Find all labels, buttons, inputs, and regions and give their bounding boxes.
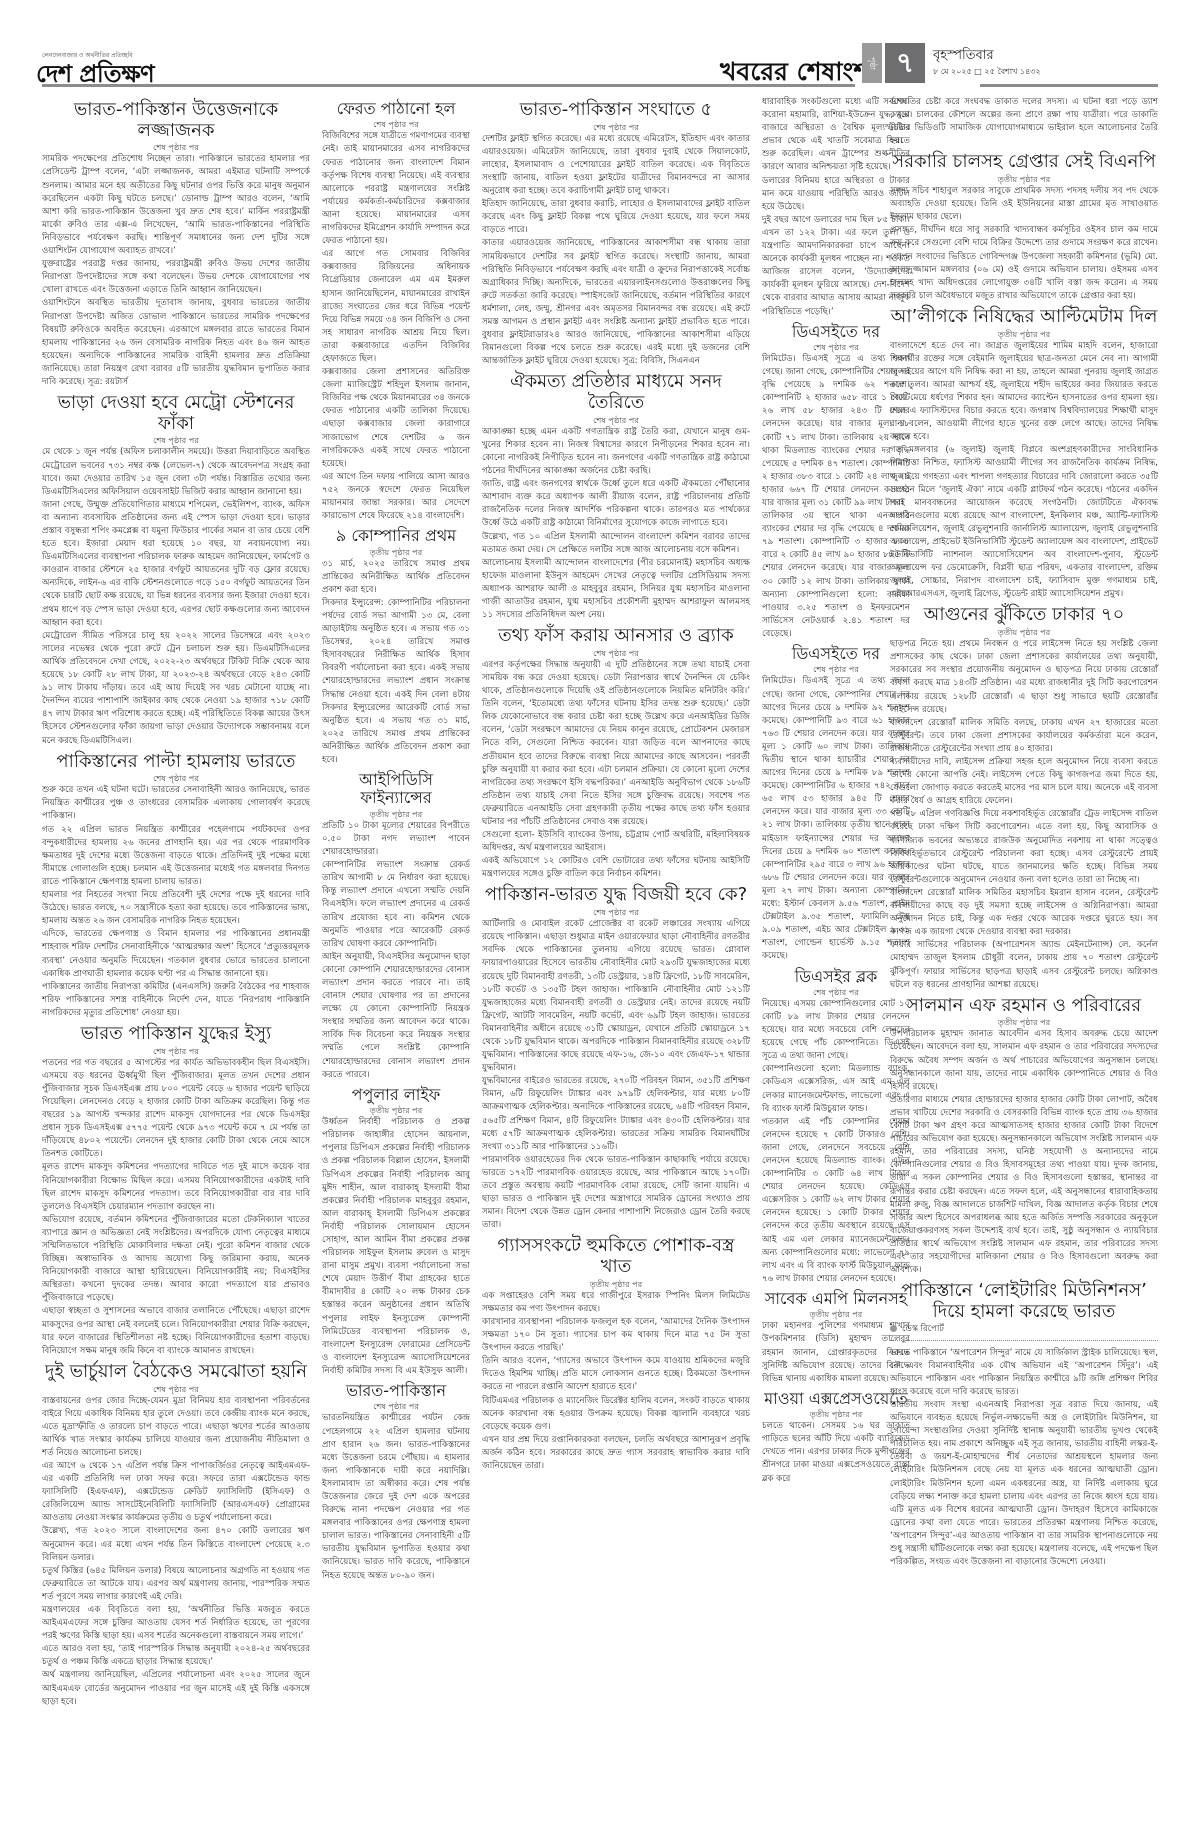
article-body: ডাকাতির চেষ্টা করে সংঘবদ্ধ ডাকাত দলের সদ… xyxy=(890,96,1158,148)
article: পাকিস্তানের পাল্টা হামলায় ভারতেশেষ পৃষ্… xyxy=(42,752,310,1020)
article: ভারত-পাকিস্তান উত্তেজনাকে লজ্জাজনকশেষ পৃ… xyxy=(42,100,310,389)
continuation-note: শেষ পৃষ্ঠার পর xyxy=(482,414,750,426)
article-headline[interactable]: ভারত-পাকিস্তান উত্তেজনাকে লজ্জাজনক xyxy=(42,100,310,141)
column-3: ভারত-পাকিস্তান সংঘাতে ৫শেষ পৃষ্ঠার পরদেশ… xyxy=(482,96,750,1477)
paragraph: তালিকার ৩য় স্থানে থাকা এনআরবি ব্যাংকের … xyxy=(762,510,910,641)
paragraph: অভিযোগ রয়েছে, বর্তমান কমিশনের পুঁজিবাজা… xyxy=(42,1214,310,1306)
article-body: মে থেকে ১ জুন পর্যন্ত (অফিস চলাকালীন সময… xyxy=(42,446,310,747)
article-body: ৩১ মার্চ, ২০২৫ তারিখে সমাপ্ত প্রথম প্রান… xyxy=(322,558,470,768)
column-1: ভারত-পাকিস্তান উত্তেজনাকে লজ্জাজনকশেষ পৃ… xyxy=(42,96,310,1713)
continuation-note: শেষ পৃষ্ঠার পর xyxy=(482,121,750,133)
article-body: ভারত পাকিস্তানে ‘অপারেশন সিন্দুর’ নামে য… xyxy=(890,1347,1158,1570)
paragraph: এদিকে, ভারতের ক্ষেপণাস্ত্র ও বিমান হামলা… xyxy=(42,928,310,980)
column-2: ফেরত পাঠানো হলশেষ পৃষ্ঠার পরবিজিবিশের সঙ… xyxy=(322,96,470,1587)
continuation-note: তৃতীয় পৃষ্ঠার পর xyxy=(322,1104,470,1116)
paragraph: ধারাবাহিক সংকটগুলো মধ্যে এটি সর্বশেষ। কর… xyxy=(762,96,910,175)
article-body: আকাঙ্ক্ষা হচ্ছে এমন একটি গণতান্ত্রিক রাষ… xyxy=(482,426,750,622)
continuation-note: শেষ পৃষ্ঠার পর xyxy=(42,434,310,446)
paragraph: উর্ধ্বতন নির্বাহী পরিচালক ও প্রকল্প পরিচ… xyxy=(322,1116,470,1378)
paragraph: কোম্পানিটির লভ্যাংশ সংক্রান্ত রেকর্ড তার… xyxy=(322,859,470,951)
paragraph: ইতিহাদ জানিয়েছে, তারা বুধবার করাচি, লাহ… xyxy=(482,198,750,237)
article-headline[interactable]: পাকিস্তানের পাল্টা হামলায় ভারতে xyxy=(42,752,310,773)
article: তথ্য ফাঁস করায় আনসার ও ব্র্যাকশেষ পৃষ্ঠ… xyxy=(482,626,750,881)
page-label: পৃষ্ঠা xyxy=(862,43,882,83)
article: ভাড়া দেওয়া হবে মেট্রো স্টেশনের ফাঁকাশে… xyxy=(42,393,310,748)
paragraph: চতুর্থ কিস্তির (৬৪৫ মিলিয়ন ডলার) বিষয়ে… xyxy=(42,1565,310,1604)
paragraph: পতনের পর গত বছরের ৫ আগস্টের পর কার্যত অভ… xyxy=(42,1057,310,1162)
paragraph: কারখানার ব্যবস্থাপনা পরিচালক ফজলুল হক বল… xyxy=(482,1316,750,1355)
continuation-note: তৃতীয় পৃষ্ঠার পর xyxy=(322,808,470,820)
continuation-note: তৃতীয় পৃষ্ঠার পর xyxy=(482,1278,750,1290)
paragraph: উল্লেখ্য, গত ২০২৩ সালে বাংলাদেশের জন্য ৪… xyxy=(42,1525,310,1564)
paragraph: ভারতনিয়ন্ত্রিত কাশ্মীরের পর্যটন কেন্দ্র… xyxy=(322,1412,470,1582)
paragraph: চলতে থাকেন। সেসময় ১৬ ঘর ডাকাত গাড়িতে ছ… xyxy=(762,1420,910,1485)
continuation-note: তৃতীয় পৃষ্ঠার পর xyxy=(762,1308,910,1320)
paragraph: কোম্পানিগুলো হলো: মিডল্যান্ড ব্যাংক, কেড… xyxy=(762,1063,910,1115)
continuation-note: তৃতীয় পৃষ্ঠার পর xyxy=(890,328,1158,340)
article: ডিএসইতে দরশেষ পৃষ্ঠার পরলিমিটেড। ডিএসই স… xyxy=(762,323,910,641)
paragraph: সদস্য সচিব শাহাবুল সরকার সাবুকে প্রাথমিক… xyxy=(890,185,1158,224)
article: আ’লীগকে নিষিদ্ধের আল্টিমেটাম দিলতৃতীয় প… xyxy=(890,307,1158,602)
paragraph: যুদ্ধবিমানের বাইরেও ভারতের রয়েছে, ২৭০টি… xyxy=(482,1075,750,1154)
paragraph: একই অভিযোগে ১২ কোটিরও বেশি ভোটারের তথ্য … xyxy=(482,855,750,881)
article-headline[interactable]: পপুলার লাইফ xyxy=(322,1086,470,1104)
article-body: উর্ধ্বতন নির্বাহী পরিচালক ও প্রকল্প পরিচ… xyxy=(322,1116,470,1378)
article: সাবেক এমপি মিলনসহতৃতীয় পৃষ্ঠার পরঢাকা ম… xyxy=(762,1290,910,1386)
page-number: ৭ xyxy=(885,43,925,83)
paragraph: বাংলাদেশ রেস্তোরাঁ মালিক সমিতি বলছে, ঢাক… xyxy=(890,717,1158,756)
paragraph: প্রসঙ্গত, দীর্ঘদিন ধরে সাবু সরকারি খাদ্য… xyxy=(890,224,1158,303)
article-body: উপপরিচালক মুহাম্মদ জানাত আবেদীন এসব হিসা… xyxy=(890,1028,1158,1277)
section-title: খবরের শেষাংশ xyxy=(720,52,868,95)
article-headline[interactable]: ভাড়া দেওয়া হবে মেট্রো স্টেশনের ফাঁকা xyxy=(42,393,310,434)
article-body: সামরিক পদক্ষেপের প্রতিশোধ নিচ্ছেন তারা। … xyxy=(42,153,310,389)
article-headline[interactable]: ভারত-পাকিস্তান সংঘাতে ৫ xyxy=(482,100,750,121)
paragraph: উপপরিচালক মুহাম্মদ জানাত আবেদীন এসব হিসা… xyxy=(890,1028,1158,1093)
article-headline[interactable]: ডিএসইর ব্লক xyxy=(762,968,910,986)
paragraph: এরপর কর্তৃপক্ষের সিদ্ধান্ত অনুযায়ী এ দু… xyxy=(482,659,750,829)
article-headline[interactable]: ঐকমত্য প্রতিষ্ঠার মাধ্যমে সনদ তৈরিতে xyxy=(482,372,750,413)
paragraph: বাংলাদেশে হতে দেব না। জাগ্রত জুলাইয়ের শ… xyxy=(890,340,1158,445)
article-headline[interactable]: তথ্য ফাঁস করায় আনসার ও ব্র্যাক xyxy=(482,626,750,647)
continuation-note: শেষ পৃষ্ঠার পর xyxy=(322,1400,470,1412)
bullet-icon xyxy=(890,1325,897,1332)
article: ধারাবাহিক সংকটগুলো মধ্যে এটি সর্বশেষ। কর… xyxy=(762,96,910,319)
paragraph: এছাড়া স্বচ্ছতা ও সুশাসনের অভাবে বাজার ত… xyxy=(42,1305,310,1357)
paragraph: জাতি, রাষ্ট্র এবং জনগণের স্বার্থকে উর্ধ্… xyxy=(482,478,750,530)
article: ফেরত পাঠানো হলশেষ পৃষ্ঠার পরবিজিবিশের সঙ… xyxy=(322,100,470,523)
paragraph: ডাকাতির চেষ্টা করে সংঘবদ্ধ ডাকাত দলের সদ… xyxy=(890,96,1158,148)
article: সালমান এফ রহমান ও পরিবারেরতৃতীয় পৃষ্ঠার… xyxy=(890,996,1158,1277)
paragraph: লিমিটেড। ডিএসই সূত্রে এ তথ্য জানা গেছে। … xyxy=(762,353,910,510)
article: ডিএসইর ব্লকশেষ পৃষ্ঠার পরনিয়েছে। এসময় … xyxy=(762,968,910,1286)
paragraph: গত মঙ্গলবার (৬ জুলাই) জুলাই বিপ্লবে অংশগ… xyxy=(890,444,1158,601)
article-body: চলতে থাকেন। সেসময় ১৬ ঘর ডাকাত গাড়িতে ছ… xyxy=(762,1420,910,1485)
continuation-note: শেষ পৃষ্ঠার পর xyxy=(482,906,750,918)
paragraph: গত ২৮ এপ্রিল গণবিজ্ঞপ্তি দিয়ে নকশাবহির্… xyxy=(890,808,1158,887)
article: ডাকাতির চেষ্টা করে সংঘবদ্ধ ডাকাত দলের সদ… xyxy=(890,96,1158,148)
paragraph: গত ২২ এপ্রিল ভারত নিয়ন্ত্রিত কাশ্মীরের … xyxy=(42,824,310,889)
article-headline[interactable]: সাবেক এমপি মিলনসহ xyxy=(762,1290,910,1308)
article-headline[interactable]: ভারত পাকিস্তান যুদ্ধের ইস্যু xyxy=(42,1024,310,1045)
issue-date: ৮ মে ২০২৫ □ ২৫ বৈশাখ ১৪৩২ xyxy=(933,66,1041,79)
paragraph: বাংলাদেশ রেস্তোরাঁ মালিক সমিতির মহাসচিব … xyxy=(890,887,1158,939)
paragraph: ফায়ার সার্ভিসের পরিচালক (অপারেশনস অ্যান… xyxy=(890,939,1158,991)
header-rule-left xyxy=(42,84,855,87)
article: পাকিস্তানে ‘লোইটারিং মিউনিশনস’ দিয়ে হাম… xyxy=(890,1281,1158,1569)
paragraph: নিয়েছে। এসময় কোম্পানিগুলোর মোট ১০ কোটি… xyxy=(762,998,910,1063)
paragraph: এর আগে গত সোমবার বিজিবির কক্সবাজার রিজিয… xyxy=(322,248,470,366)
paragraph: ব্যবসায়ীদের দাবি, লাইসেন্স প্রক্রিয়া স… xyxy=(890,756,1158,808)
article-body: বিজিবিশের সঙ্গে যাত্রীতে গমণাগমের ব্যবস্… xyxy=(322,130,470,523)
article-body: এক সপ্তাহেরও বেশি সময় ধরে গাজীপুরে ইসরা… xyxy=(482,1290,750,1473)
article-body: ধারাবাহিক সংকটগুলো মধ্যে এটি সর্বশেষ। কর… xyxy=(762,96,910,319)
article-headline[interactable]: দুই ভার্চুয়াল বৈঠকেও সমঝোতা হয়নি xyxy=(42,1362,310,1383)
weekday: বৃহস্পতিবার xyxy=(933,46,994,67)
paragraph: ৩১ মার্চ, ২০২৫ তারিখে সমাপ্ত প্রথম প্রান… xyxy=(322,558,470,597)
article: আগুনের ঝুঁকিতে ঢাকার ৭০তৃতীয় পৃষ্ঠার পর… xyxy=(890,605,1158,991)
continuation-note: তৃতীয় পৃষ্ঠার পর xyxy=(322,546,470,558)
article: পপুলার লাইফতৃতীয় পৃষ্ঠার পরউর্ধ্বতন নির… xyxy=(322,1086,470,1378)
paragraph: মন্ত্রণালয়ের এক বিবৃতিতে বলা হয়, ‘অর্থ… xyxy=(42,1604,310,1643)
header-rule-right xyxy=(980,84,1158,87)
article-body: বাস্তবায়নের ওপর জোর দিচ্ছে-যেমন মুদ্রা … xyxy=(42,1395,310,1709)
article-headline[interactable]: ফেরত পাঠানো হল xyxy=(322,100,470,118)
paragraph: ভারতীয় সংবাদ সংস্থা এএনআই নিরাপত্তা সূত… xyxy=(890,1399,1158,1569)
article-headline[interactable]: ডিএসইতে দর xyxy=(762,645,910,663)
article-body: ছাড়পত্র নিতে হয়। প্রথমে নিবন্ধন ও পরে … xyxy=(890,638,1158,992)
article-body: দেশটির ফ্লাইট স্থগিত করেছে। এর মধ্যে রয়… xyxy=(482,133,750,369)
article-body: লিমিটেড। ডিএসই সূত্রে এ তথ্য জানা গেছে। … xyxy=(762,353,910,641)
paragraph: পারমাণবিক ওয়ারহেডের দিক থেকে ভারত-পাকিস… xyxy=(482,1154,750,1233)
article: সরকারি চালসহ গ্রেপ্তার সেই বিএনপিতৃতীয় … xyxy=(890,152,1158,303)
article: গ্যাসসংকটে হুমকিতে পোশাক-বস্ত্র খাততৃতীয… xyxy=(482,1236,750,1473)
paragraph: সামরিক পদক্ষেপের প্রতিশোধ নিচ্ছেন তারা। … xyxy=(42,153,310,258)
paragraph: আকাঙ্ক্ষা হচ্ছে এমন একটি গণতান্ত্রিক রাষ… xyxy=(482,426,750,478)
paragraph: উল্লেখ্য, গত ১০ এপ্রিল ইসলামী আন্দোলন বা… xyxy=(482,531,750,557)
paragraph: যুক্তরাষ্ট্রের পররাষ্ট্র দপ্তর জানায়, প… xyxy=(42,258,310,297)
paragraph: লিমিটেড। ডিএসই সূত্রে এ তথ্য জানা গেছে। … xyxy=(762,675,910,963)
article-headline[interactable]: আগুনের ঝুঁকিতে ঢাকার ৭০ xyxy=(890,605,1158,626)
paragraph: জানা গেছে, উন্মুক্ত প্রতিযোগিতার মাধ্যমে… xyxy=(42,499,310,630)
article-body: নিয়েছে। এসময় কোম্পানিগুলোর মোট ১০ কোটি… xyxy=(762,998,910,1286)
paragraph: বাস্তবায়নের ওপর জোর দিচ্ছে-যেমন মুদ্রা … xyxy=(42,1395,310,1460)
article-headline[interactable]: আইপিডিসি ফাইন্যান্সের xyxy=(322,771,470,808)
continuation-note: শেষ পৃষ্ঠার পর xyxy=(42,1383,310,1395)
byline: ডেস্ক রিপোর্ট xyxy=(890,1323,1158,1341)
continuation-note: শেষ পৃষ্ঠার পর xyxy=(42,141,310,153)
article-headline[interactable]: ৯ কোম্পানির প্রথম xyxy=(322,527,470,545)
article-headline[interactable]: ডিএসইতে দর xyxy=(762,323,910,341)
paragraph: সিকদার ইন্স্যুরেন্স: কোম্পানিটির পরিচালন… xyxy=(322,597,470,767)
article: পাকিস্তান-ভারত যুদ্ধ বিজয়ী হবে কে?শেষ প… xyxy=(482,885,750,1232)
paragraph: এক সপ্তাহেরও বেশি সময় ধরে গাজীপুরে ইসরা… xyxy=(482,1290,750,1316)
column-5: ডাকাতির চেষ্টা করে সংঘবদ্ধ ডাকাত দলের সদ… xyxy=(890,96,1158,1573)
continuation-note: শেষ পৃষ্ঠার পর xyxy=(762,663,910,675)
paragraph: আলোচনায় ইসলামী আন্দোলন বাংলাদেশের (পীর … xyxy=(482,557,750,622)
article-headline[interactable]: পাকিস্তান-ভারত যুদ্ধ বিজয়ী হবে কে? xyxy=(482,885,750,906)
paragraph: বিজিবিশের সঙ্গে যাত্রীতে গমণাগমের ব্যবস্… xyxy=(322,130,470,248)
paragraph: ঢাকা মহানগর পুলিশের গণমাধ্যম শাখার উপকমি… xyxy=(762,1320,910,1385)
paragraph: এখন যার প্রশ্ন দিয়ে রপ্তানিকারকরা বলছেন… xyxy=(482,1434,750,1473)
article-body: এরপর কর্তৃপক্ষের সিদ্ধান্ত অনুযায়ী এ দু… xyxy=(482,659,750,882)
paragraph: পাকিস্তানের জাতীয় নিরাপত্তা কমিটির (এনএ… xyxy=(42,981,310,1020)
article-body: শুরু করে তখন এই ঘটনা ঘটে। ভারতের সেনাবাহ… xyxy=(42,784,310,1020)
article: মাওয়া এক্সপ্রেসওয়েতেতৃতীয় পৃষ্ঠার পরচ… xyxy=(762,1390,910,1486)
continuation-note: শেষ পৃষ্ঠার পর xyxy=(42,1045,310,1057)
article-body: বাংলাদেশে হতে দেব না। জাগ্রত জুলাইয়ের শ… xyxy=(890,340,1158,602)
paragraph: প্রতিটি ১০ টাকা মূল্যের শেয়ারের বিপরীতে… xyxy=(322,820,470,859)
article: ঐকমত্য প্রতিষ্ঠার মাধ্যমে সনদ তৈরিতেশেষ … xyxy=(482,372,750,622)
article-body: পতনের পর গত বছরের ৫ আগস্টের পর কার্যত অভ… xyxy=(42,1057,310,1358)
paragraph: আর্টিলারি ও মোবাইল রকেট প্রোজেক্টর বা রক… xyxy=(482,918,750,1075)
paragraph: প্রতারণার মাধ্যমে শেয়ার হোল্ডারদের হাজা… xyxy=(890,1094,1158,1277)
article: ভারত পাকিস্তান যুদ্ধের ইস্যুশেষ পৃষ্ঠার … xyxy=(42,1024,310,1358)
paragraph: সেগুলো হলো- ইউসিবি ব্যাংকের উপায়, চট্টগ… xyxy=(482,829,750,855)
article-body: লিমিটেড। ডিএসই সূত্রে এ তথ্য জানা গেছে। … xyxy=(762,675,910,963)
column-4: ধারাবাহিক সংকটগুলো মধ্যে এটি সর্বশেষ। কর… xyxy=(762,96,910,1490)
paragraph: আইন অনুযায়ী, বিএসইসির অনুমোদন ছাড়া কোন… xyxy=(322,951,470,1082)
continuation-note: তৃতীয় পৃষ্ঠার পর xyxy=(762,1408,910,1420)
paragraph: গতকাল এই পাঁচ কোম্পানির শেয়ার লেনদেন হয… xyxy=(762,1116,910,1286)
newspaper-logo[interactable]: দেশ প্রতিক্ষণ xyxy=(36,56,154,96)
byline-text: ডেস্ক রিপোর্ট xyxy=(902,1324,944,1334)
paragraph: ভারত পাকিস্তানে ‘অপারেশন সিন্দুর’ নামে য… xyxy=(890,1347,1158,1399)
article-headline[interactable]: পাকিস্তানে ‘লোইটারিং মিউনিশনস’ দিয়ে হাম… xyxy=(890,1281,1158,1322)
article-body: প্রতিটি ১০ টাকা মূল্যের শেয়ারের বিপরীতে… xyxy=(322,820,470,1082)
paragraph: এতে আরও বলা হয়, ‘তাই পারস্পরিক সিদ্ধান্… xyxy=(42,1643,310,1669)
continuation-note: শেষ পৃষ্ঠার পর xyxy=(762,986,910,998)
continuation-note: শেষ পৃষ্ঠার পর xyxy=(482,647,750,659)
paragraph: দুই বছর আগে ডলারের দাম ছিল ৮৫ টাকা। এখন … xyxy=(762,214,910,319)
continuation-note: শেষ পৃষ্ঠার পর xyxy=(762,341,910,353)
paragraph: মেট্রোরেল সীমিত পরিসরে চালু হয় ২০২২ সাল… xyxy=(42,630,310,748)
article-headline[interactable]: সরকারি চালসহ গ্রেপ্তার সেই বিএনপি xyxy=(890,152,1158,173)
masthead: লেনদেনবাজার ও অর্থনীতির প্রতিচ্ছবি দেশ প… xyxy=(0,0,1200,82)
article: আইপিডিসি ফাইন্যান্সেরতৃতীয় পৃষ্ঠার পরপ্… xyxy=(322,771,470,1082)
paragraph: ওয়াশিংটনে অবস্থিত ভারতীয় দূতাবাস জানায… xyxy=(42,297,310,389)
paragraph: কাতার এয়ারওয়েজ জানিয়েছে, পাকিস্তানের … xyxy=(482,237,750,368)
continuation-note: তৃতীয় পৃষ্ঠার পর xyxy=(890,1016,1158,1028)
article-body: আর্টিলারি ও মোবাইল রকেট প্রোজেক্টর বা রক… xyxy=(482,918,750,1232)
article-headline[interactable]: আ’লীগকে নিষিদ্ধের আল্টিমেটাম দিল xyxy=(890,307,1158,328)
paragraph: তিনি আরও বলেন, ‘গ্যাসের অভাবে উৎপাদন কমে… xyxy=(482,1355,750,1394)
paragraph: অর্থ মন্ত্রণালয় জানিয়েছিল, এপ্রিলের পর… xyxy=(42,1669,310,1708)
paragraph: দেশটির ফ্লাইট স্থগিত করেছে। এর মধ্যে রয়… xyxy=(482,133,750,198)
paragraph: মে থেকে ১ জুন পর্যন্ত (অফিস চলাকালীন সময… xyxy=(42,446,310,498)
paragraph: শুরু করে তখন এই ঘটনা ঘটে। ভারতের সেনাবাহ… xyxy=(42,784,310,823)
paragraph: হামলার পর নিহতের সংখ্যা নিয়ে প্রতিবেশী … xyxy=(42,889,310,928)
article-headline[interactable]: মাওয়া এক্সপ্রেসওয়েতে xyxy=(762,1390,910,1408)
paragraph: ডলারের বিনিময় হারে অস্থিরতা ও টাকার মান… xyxy=(762,175,910,214)
article-headline[interactable]: সালমান এফ রহমান ও পরিবারের xyxy=(890,996,1158,1017)
paragraph: বিটিএমএর পরিচালক ও ম্যানেজিং ডিরেক্টর হা… xyxy=(482,1395,750,1434)
article: ভারত-পাকিস্তানশেষ পৃষ্ঠার পরভারতনিয়ন্ত্… xyxy=(322,1382,470,1583)
continuation-note: তৃতীয় পৃষ্ঠার পর xyxy=(890,173,1158,185)
article-headline[interactable]: গ্যাসসংকটে হুমকিতে পোশাক-বস্ত্র খাত xyxy=(482,1236,750,1277)
continuation-note: তৃতীয় পৃষ্ঠার পর xyxy=(890,626,1158,638)
article-body: সদস্য সচিব শাহাবুল সরকার সাবুকে প্রাথমিক… xyxy=(890,185,1158,303)
article: দুই ভার্চুয়াল বৈঠকেও সমঝোতা হয়নিশেষ পৃ… xyxy=(42,1362,310,1709)
article: ভারত-পাকিস্তান সংঘাতে ৫শেষ পৃষ্ঠার পরদেশ… xyxy=(482,100,750,368)
paragraph: কক্সবাজার জেলা প্রশাসনের অতিরিক্ত জেলা ম… xyxy=(322,366,470,471)
article-body: ঢাকা মহানগর পুলিশের গণমাধ্যম শাখার উপকমি… xyxy=(762,1320,910,1385)
paragraph: এর আগে ৬ থেকে ১৭ এপ্রিল পর্যন্ত ক্রিস পা… xyxy=(42,1460,310,1525)
continuation-note: শেষ পৃষ্ঠার পর xyxy=(322,118,470,130)
paragraph: এর আগে তিন দফায় পালিয়ে আসা আরও ৭৫২ জনক… xyxy=(322,471,470,523)
article: ৯ কোম্পানির প্রথমতৃতীয় পৃষ্ঠার পর৩১ মার… xyxy=(322,527,470,767)
paragraph: ছাড়পত্র নিতে হয়। প্রথমে নিবন্ধন ও পরে … xyxy=(890,638,1158,717)
article-headline[interactable]: ভারত-পাকিস্তান xyxy=(322,1382,470,1400)
continuation-note: শেষ পৃষ্ঠার পর xyxy=(42,772,310,784)
article-body: ভারতনিয়ন্ত্রিত কাশ্মীরের পর্যটন কেন্দ্র… xyxy=(322,1412,470,1582)
article: ডিএসইতে দরশেষ পৃষ্ঠার পরলিমিটেড। ডিএসই স… xyxy=(762,645,910,963)
paragraph: মূলত রাশেদ মাকসুদ কমিশনের পদত্যাগের দাবি… xyxy=(42,1161,310,1213)
